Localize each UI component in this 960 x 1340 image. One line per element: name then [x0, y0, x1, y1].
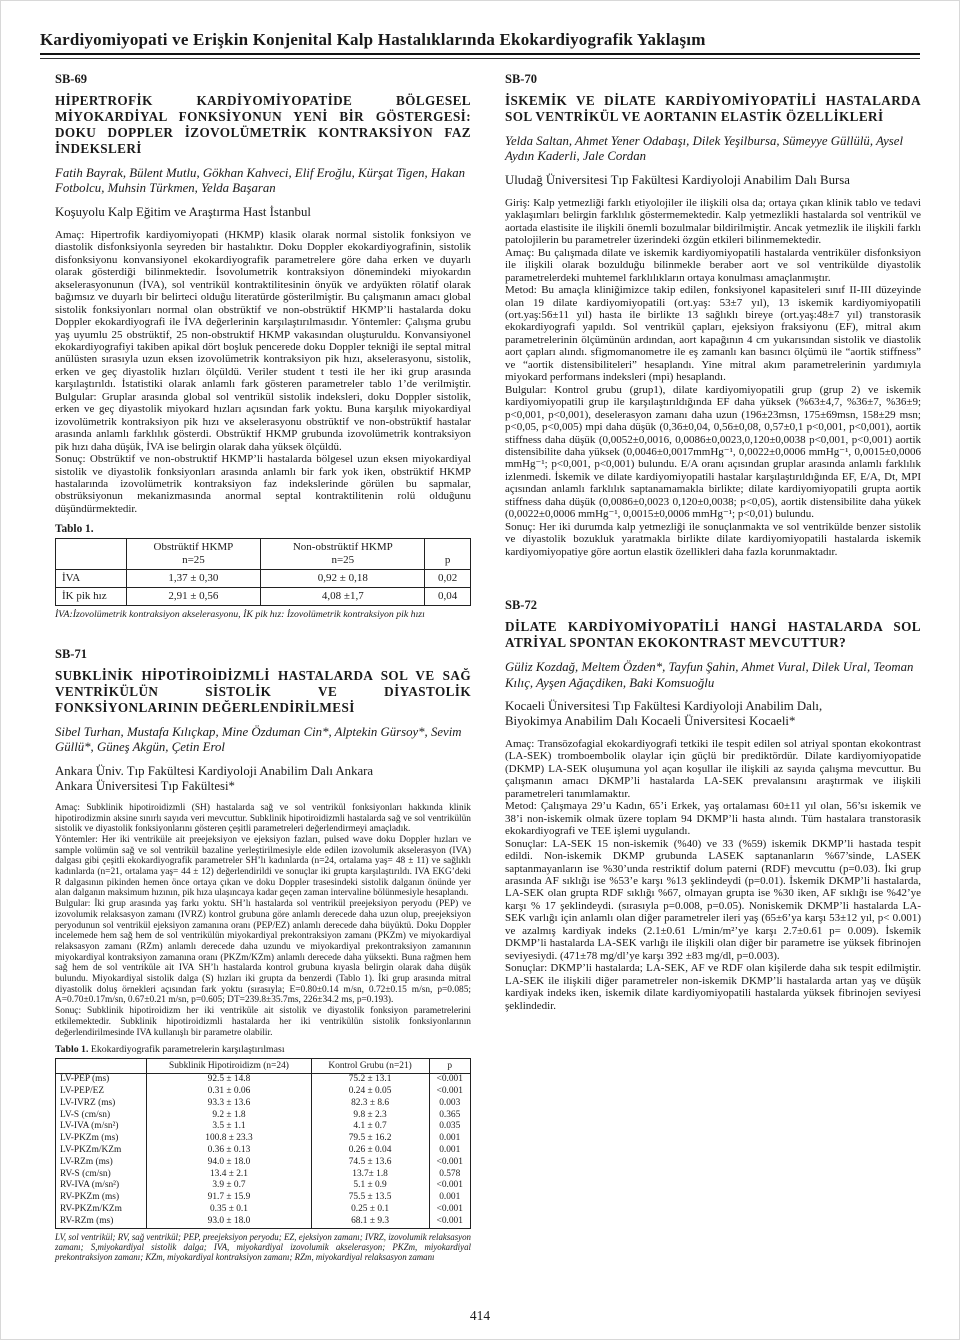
abstract-authors: Güliz Kozdağ, Meltem Özden*, Tayfun Şahi… [505, 660, 921, 691]
header-cell [56, 539, 127, 570]
abstract-title: DİLATE KARDİYOMİYOPATİLİ HANGİ HASTALARD… [505, 619, 921, 651]
cell: 0.003 [429, 1098, 471, 1110]
abstract-authors: Yelda Saltan, Ahmet Yener Odabaşı, Dilek… [505, 134, 921, 165]
abstract-body: Amaç: Transözofagial ekokardiyografi tet… [505, 738, 921, 1012]
cell: İK pik hız [56, 588, 127, 606]
cell: 68.1 ± 9.3 [311, 1216, 429, 1228]
abstract-body: Giriş: Kalp yetmezliği farklı etiyolojil… [505, 197, 921, 558]
cell: 0,92 ± 0,18 [261, 570, 425, 588]
paragraph: Amaç: Hipertrofik kardiyomiyopati (HKMP)… [55, 229, 471, 453]
cell: LV-PKZm/KZm [56, 1145, 147, 1157]
cell: 0.001 [429, 1133, 471, 1145]
header-rule-thick [40, 53, 920, 55]
abstract-authors: Fatih Bayrak, Bülent Mutlu, Gökhan Kahve… [55, 166, 471, 197]
table-row: İVA 1,37 ± 0,30 0,92 ± 0,18 0,02 [56, 570, 471, 588]
table-row: RV-PKZm/KZm0.35 ± 0.10.25 ± 0.1<0.001 [56, 1204, 471, 1216]
header-cell: Non-obstrüktif HKMP n=25 [261, 539, 425, 570]
cell: <0.001 [429, 1074, 471, 1086]
abstract-affiliation: Kocaeli Üniversitesi Tıp Fakültesi Kardi… [505, 699, 921, 729]
table-header-row: Obstrüktif HKMP n=25 Non-obstrüktif HKMP… [56, 539, 471, 570]
cell: 100.8 ± 23.3 [147, 1133, 311, 1145]
cell: 93.3 ± 13.6 [147, 1098, 311, 1110]
cell: <0.001 [429, 1216, 471, 1228]
abstract-affiliation: Ankara Üniv. Tıp Fakültesi Kardiyoloji A… [55, 764, 471, 794]
paragraph: Yöntemler: Her iki ventriküle ait preeje… [55, 835, 471, 899]
cell: LV-IVRZ (ms) [56, 1098, 147, 1110]
header-cell: p [425, 539, 471, 570]
paragraph: Amaç: Transözofagial ekokardiyografi tet… [505, 738, 921, 800]
cell: 0.001 [429, 1145, 471, 1157]
table-footnote: İVA:İzovolümetrik kontraksiyon akseleras… [55, 609, 471, 621]
header-cell: p [429, 1059, 471, 1074]
cell: 13.7± 1.8 [311, 1169, 429, 1181]
paragraph: Sonuçlar: LA-SEK 15 non-iskemik (%40) ve… [505, 838, 921, 963]
paragraph: Sonuç: Her iki durumda kalp yetmezliği i… [505, 521, 921, 558]
paragraph: Bulgular: Kontrol grubu (grup1), dilate … [505, 384, 921, 521]
header-cell [56, 1059, 147, 1074]
cell: 2,91 ± 0,56 [126, 588, 261, 606]
abstract-title: SUBKLİNİK HİPOTİROİDİZMLİ HASTALARDA SOL… [55, 668, 471, 716]
cell: LV-PEP/EZ [56, 1086, 147, 1098]
abstract-body: Amaç: Subklinik hipotiroidizmli (SH) has… [55, 803, 471, 1038]
table-caption-text: Ekokardiyografik parametrelerin karşılaş… [88, 1044, 284, 1055]
paragraph: Sonuç: Obstrüktif ve non-obstruktif HKMP… [55, 453, 471, 515]
cell: 74.5 ± 13.6 [311, 1157, 429, 1169]
running-head: Kardiyomiyopati ve Erişkin Konjenital Ka… [40, 30, 920, 59]
cell: <0.001 [429, 1157, 471, 1169]
cell: 0.35 ± 0.1 [147, 1204, 311, 1216]
table-row: RV-S (cm/sn)13.4 ± 2.113.7± 1.80.578 [56, 1169, 471, 1181]
cell: LV-PKZm (ms) [56, 1133, 147, 1145]
cell: 0.26 ± 0.04 [311, 1145, 429, 1157]
paragraph: Metod: Çalışmaya 29’u Kadın, 65’i Erkek,… [505, 800, 921, 837]
cell: İVA [56, 570, 127, 588]
cell: 0,04 [425, 588, 471, 606]
cell: 0.001 [429, 1192, 471, 1204]
cell: 91.7 ± 15.9 [147, 1192, 311, 1204]
abstract-affiliation: Koşuyolu Kalp Eğitim ve Araştırma Hast İ… [55, 205, 471, 220]
table-row: LV-PEP (ms)92.5 ± 14.875.2 ± 13.1<0.001 [56, 1074, 471, 1086]
table-row: LV-IVRZ (ms)93.3 ± 13.682.3 ± 8.60.003 [56, 1098, 471, 1110]
journal-page: Kardiyomiyopati ve Erişkin Konjenital Ka… [0, 0, 960, 1340]
header-cell: Kontrol Grubu (n=21) [311, 1059, 429, 1074]
cell: RV-PKZm/KZm [56, 1204, 147, 1216]
cell: 0,02 [425, 570, 471, 588]
abstract-sb71: SB-71 SUBKLİNİK HİPOTİROİDİZMLİ HASTALAR… [55, 647, 471, 1263]
cell: 9.2 ± 1.8 [147, 1110, 311, 1122]
cell: <0.001 [429, 1204, 471, 1216]
paragraph: Amaç: Subklinik hipotiroidizmli (SH) has… [55, 803, 471, 835]
header-cell: Obstrüktif HKMP n=25 [126, 539, 261, 570]
abstract-sb72: SB-72 DİLATE KARDİYOMİYOPATİLİ HANGİ HAS… [505, 598, 921, 1012]
table-footnote: LV, sol ventrikül; RV, sağ ventrikül; PE… [55, 1232, 471, 1263]
table-caption-label: Tablo 1. [55, 523, 94, 535]
cell: RV-PKZm (ms) [56, 1192, 147, 1204]
page-title: Kardiyomiyopati ve Erişkin Konjenital Ka… [40, 30, 920, 50]
table-row: LV-PKZm/KZm0.36 ± 0.130.26 ± 0.040.001 [56, 1145, 471, 1157]
cell: 0.24 ± 0.05 [311, 1086, 429, 1098]
cell: <0.001 [429, 1086, 471, 1098]
table-row: LV-IVA (m/sn²)3.5 ± 1.14.1 ± 0.70.035 [56, 1121, 471, 1133]
abstract-code: SB-70 [505, 72, 921, 87]
cell: 9.8 ± 2.3 [311, 1110, 429, 1122]
cell: 0.035 [429, 1121, 471, 1133]
abstract-body: Amaç: Hipertrofik kardiyomiyopati (HKMP)… [55, 229, 471, 515]
page-number: 414 [0, 1308, 960, 1324]
cell: 79.5 ± 16.2 [311, 1133, 429, 1145]
paragraph: Sonuç: Subklinik hipotiroidizm her iki v… [55, 1006, 471, 1038]
two-column-layout: SB-69 HİPERTROFİK KARDİYOMİYOPATİDE BÖLG… [55, 72, 922, 1263]
cell: 0.25 ± 0.1 [311, 1204, 429, 1216]
table-row: LV-PEP/EZ0.31 ± 0.060.24 ± 0.05<0.001 [56, 1086, 471, 1098]
table-caption: Tablo 1. Ekokardiyografik parametrelerin… [55, 1044, 471, 1055]
table-caption: Tablo 1. [55, 523, 471, 535]
table-caption-label: Tablo 1. [55, 1044, 88, 1055]
cell: 93.0 ± 18.0 [147, 1216, 311, 1228]
results-table-sb69: Obstrüktif HKMP n=25 Non-obstrüktif HKMP… [55, 538, 471, 606]
cell: 0.31 ± 0.06 [147, 1086, 311, 1098]
header-cell: Subklinik Hipotiroidizm (n=24) [147, 1059, 311, 1074]
cell: 0.578 [429, 1169, 471, 1181]
cell: 92.5 ± 14.8 [147, 1074, 311, 1086]
table-row: RV-PKZm (ms)91.7 ± 15.975.5 ± 13.50.001 [56, 1192, 471, 1204]
cell: 3.9 ± 0.7 [147, 1180, 311, 1192]
cell: 4.1 ± 0.7 [311, 1121, 429, 1133]
cell: 4,08 ±1,7 [261, 588, 425, 606]
right-column: SB-70 İSKEMİK VE DİLATE KARDİYOMİYOPATİL… [505, 72, 921, 1263]
cell: RV-S (cm/sn) [56, 1169, 147, 1181]
cell: RV-RZm (ms) [56, 1216, 147, 1228]
cell: RV-IVA (m/sn²) [56, 1180, 147, 1192]
abstract-authors: Sibel Turhan, Mustafa Kılıçkap, Mine Özd… [55, 725, 471, 756]
abstract-sb69: SB-69 HİPERTROFİK KARDİYOMİYOPATİDE BÖLG… [55, 72, 471, 621]
header-rule-thin [40, 58, 920, 59]
left-column: SB-69 HİPERTROFİK KARDİYOMİYOPATİDE BÖLG… [55, 72, 471, 1263]
paragraph: Sonuçlar: DKMP’li hastalarda; LA-SEK, AF… [505, 962, 921, 1012]
cell: 94.0 ± 18.0 [147, 1157, 311, 1169]
table-header-row: Subklinik Hipotiroidizm (n=24) Kontrol G… [56, 1059, 471, 1074]
cell: LV-IVA (m/sn²) [56, 1121, 147, 1133]
cell: 3.5 ± 1.1 [147, 1121, 311, 1133]
table-row: İK pik hız 2,91 ± 0,56 4,08 ±1,7 0,04 [56, 588, 471, 606]
table-row: LV-PKZm (ms)100.8 ± 23.379.5 ± 16.20.001 [56, 1133, 471, 1145]
cell: 1,37 ± 0,30 [126, 570, 261, 588]
abstract-code: SB-69 [55, 72, 471, 87]
cell: 75.5 ± 13.5 [311, 1192, 429, 1204]
table-row: RV-IVA (m/sn²)3.9 ± 0.75.1 ± 0.9<0.001 [56, 1180, 471, 1192]
cell: LV-RZm (ms) [56, 1157, 147, 1169]
cell: 0.36 ± 0.13 [147, 1145, 311, 1157]
abstract-code: SB-71 [55, 647, 471, 662]
results-table-sb71: Subklinik Hipotiroidizm (n=24) Kontrol G… [55, 1058, 471, 1228]
abstract-title: İSKEMİK VE DİLATE KARDİYOMİYOPATİLİ HAST… [505, 93, 921, 125]
cell: LV-PEP (ms) [56, 1074, 147, 1086]
table-row: LV-RZm (ms)94.0 ± 18.074.5 ± 13.6<0.001 [56, 1157, 471, 1169]
paragraph: Bulgular: İki grup arasında yaş farkı yo… [55, 899, 471, 1006]
cell: LV-S (cm/sn) [56, 1110, 147, 1122]
paragraph: Giriş: Kalp yetmezliği farklı etiyolojil… [505, 197, 921, 247]
cell: 13.4 ± 2.1 [147, 1169, 311, 1181]
abstract-title: HİPERTROFİK KARDİYOMİYOPATİDE BÖLGESEL M… [55, 93, 471, 157]
cell: 82.3 ± 8.6 [311, 1098, 429, 1110]
abstract-affiliation: Uludağ Üniversitesi Tıp Fakültesi Kardiy… [505, 173, 921, 188]
table-row: RV-RZm (ms)93.0 ± 18.068.1 ± 9.3<0.001 [56, 1216, 471, 1228]
cell: 0.365 [429, 1110, 471, 1122]
abstract-code: SB-72 [505, 598, 921, 613]
cell: <0.001 [429, 1180, 471, 1192]
cell: 5.1 ± 0.9 [311, 1180, 429, 1192]
paragraph: Metod: Bu amaçla kliniğimizce takip edil… [505, 284, 921, 384]
abstract-sb70: SB-70 İSKEMİK VE DİLATE KARDİYOMİYOPATİL… [505, 72, 921, 558]
paragraph: Amaç: Bu çalışmada dilate ve iskemik kar… [505, 247, 921, 284]
cell: 75.2 ± 13.1 [311, 1074, 429, 1086]
table-row: LV-S (cm/sn)9.2 ± 1.89.8 ± 2.30.365 [56, 1110, 471, 1122]
